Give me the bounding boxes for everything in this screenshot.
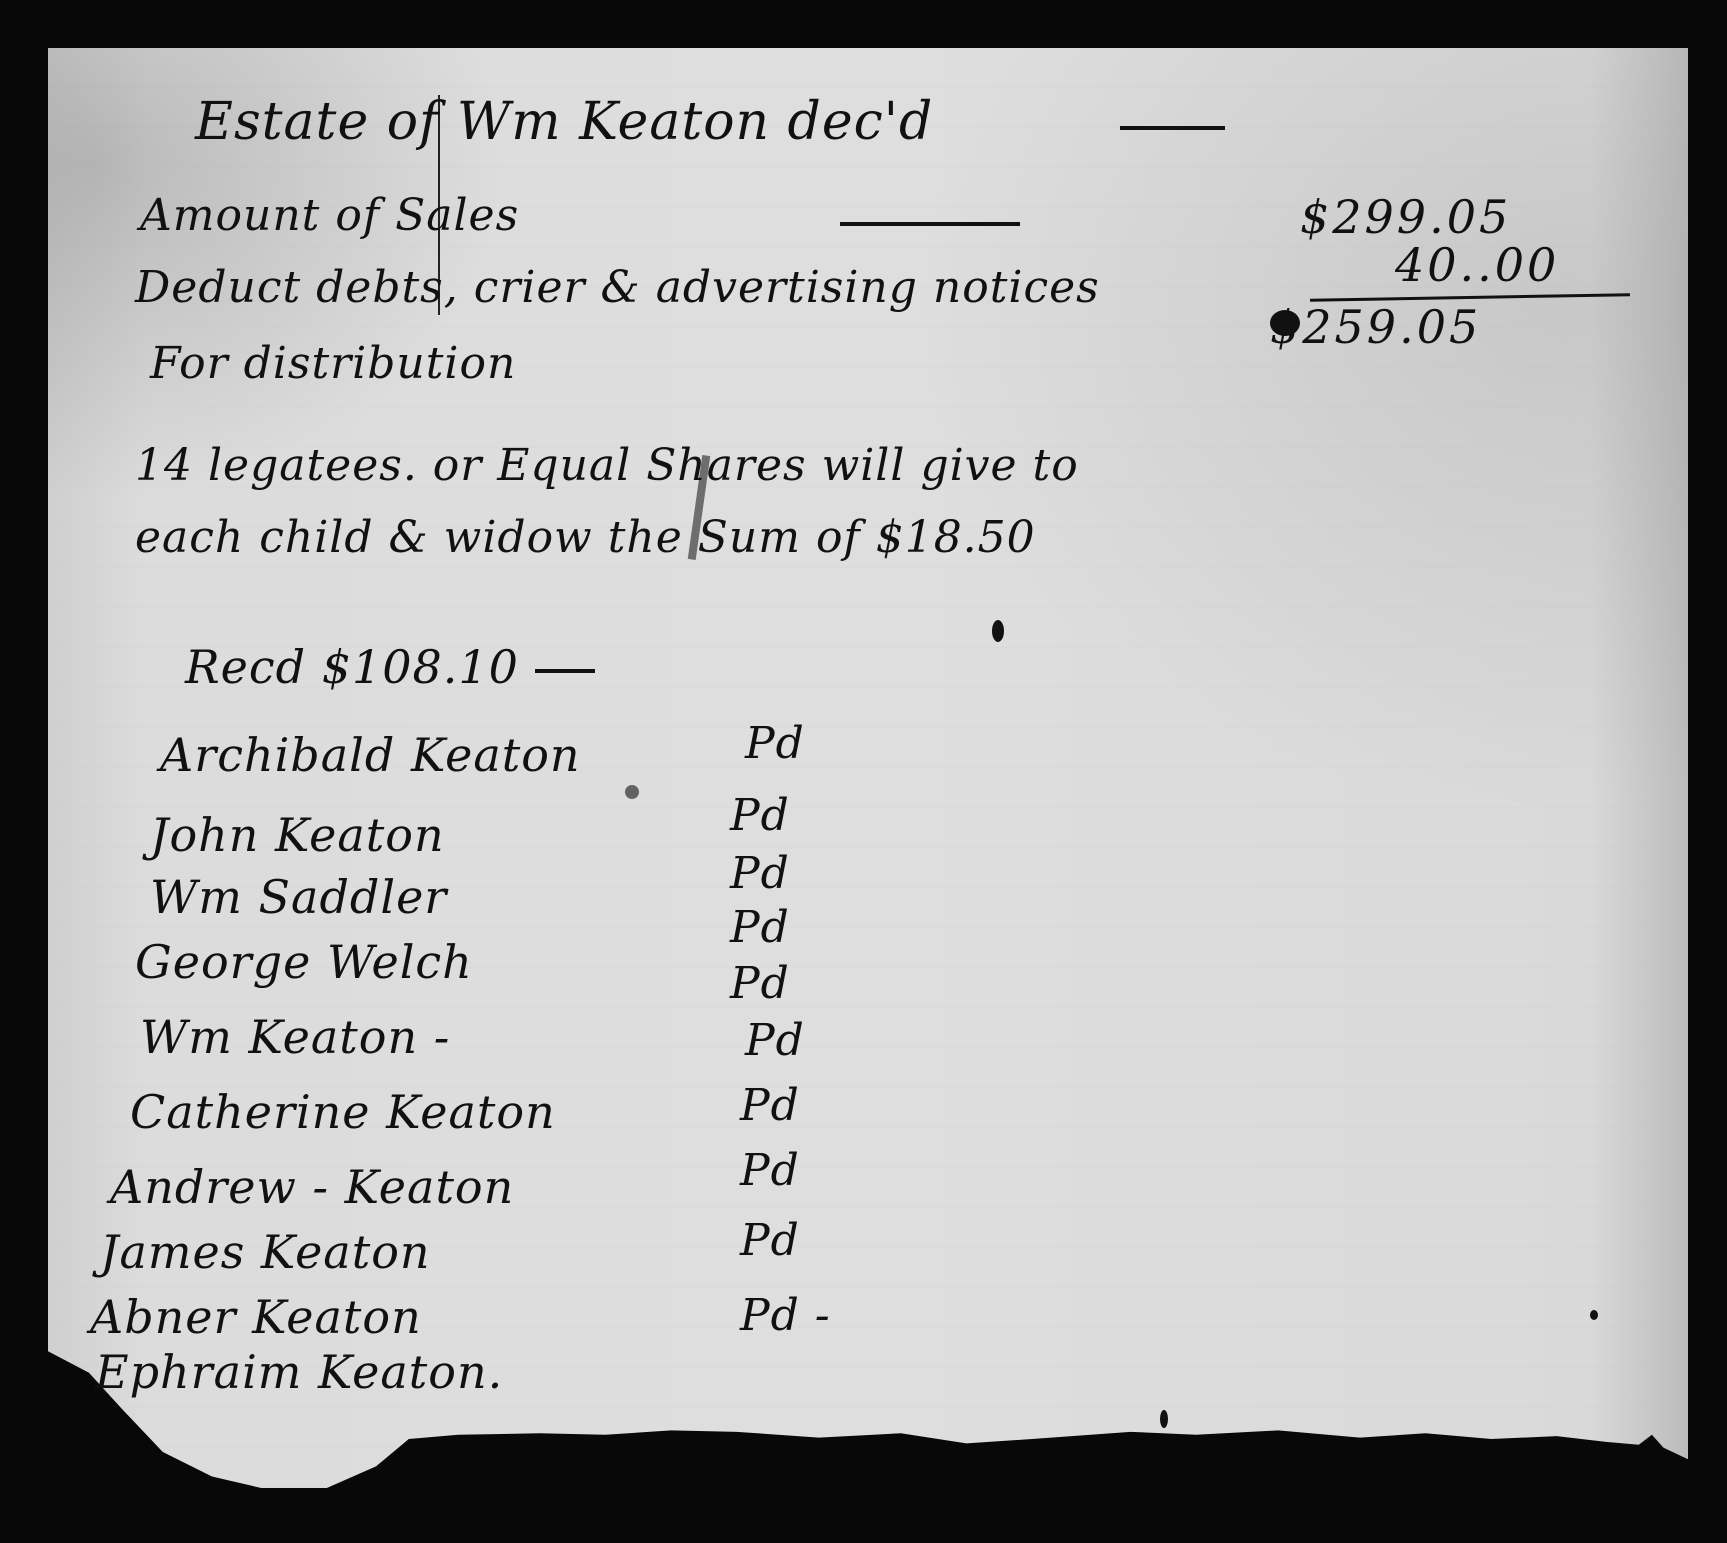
recipient-status: Pd xyxy=(745,1015,805,1066)
ink-dot xyxy=(1590,1310,1598,1320)
recipient-name: Abner Keaton xyxy=(90,1290,422,1344)
recipient-status: Pd xyxy=(740,1215,800,1266)
recipient-status: Pd xyxy=(745,718,805,769)
recipient-status: Pd xyxy=(730,958,790,1009)
entry-dash xyxy=(840,222,1020,226)
recipient-status: Pd xyxy=(730,790,790,841)
entry-label-distribution: For distribution xyxy=(150,338,516,389)
document-title: Estate of Wm Keaton dec'd xyxy=(195,92,933,152)
recipient-status: Pd - xyxy=(740,1290,831,1341)
entry-label-deduct: Deduct debts, crier & advertising notice… xyxy=(135,262,1100,313)
recipient-name: George Welch xyxy=(135,935,473,989)
note-line-2: each child & widow the Sum of $18.50 xyxy=(135,512,1036,563)
ink-dot xyxy=(625,785,639,799)
recipient-name: Andrew - Keaton xyxy=(110,1160,514,1214)
recipient-name: James Keaton xyxy=(100,1225,431,1279)
entry-amount-distribution: $259.05 xyxy=(1270,300,1481,354)
recipient-name: Archibald Keaton xyxy=(160,728,581,782)
received-amount: $108.10 xyxy=(322,640,519,694)
ink-dot xyxy=(1160,1410,1168,1428)
received-dash xyxy=(535,669,595,673)
recipient-status: Pd xyxy=(740,1080,800,1131)
received-label: Recd $108.10 xyxy=(185,640,595,694)
entry-amount-deduct: 40..00 xyxy=(1395,238,1559,292)
recipient-name: Wm Saddler xyxy=(150,870,447,924)
entry-amount-sales: $299.05 xyxy=(1300,190,1511,244)
ink-spot xyxy=(992,620,1004,642)
entry-label-sales: Amount of Sales xyxy=(140,190,519,241)
recipient-status: Pd xyxy=(740,1145,800,1196)
recipient-name: Catherine Keaton xyxy=(130,1085,556,1139)
received-label-text: Recd xyxy=(185,640,306,694)
recipient-status: Pd xyxy=(730,848,790,899)
recipient-status: Pd xyxy=(730,902,790,953)
title-dash xyxy=(1120,126,1225,130)
recipient-name: Ephraim Keaton. xyxy=(95,1345,503,1399)
ink-blot xyxy=(1270,310,1300,336)
recipient-name: Wm Keaton - xyxy=(140,1010,450,1064)
recipient-name: John Keaton xyxy=(150,808,445,862)
note-line-1: 14 legatees. or Equal Shares will give t… xyxy=(135,440,1079,491)
